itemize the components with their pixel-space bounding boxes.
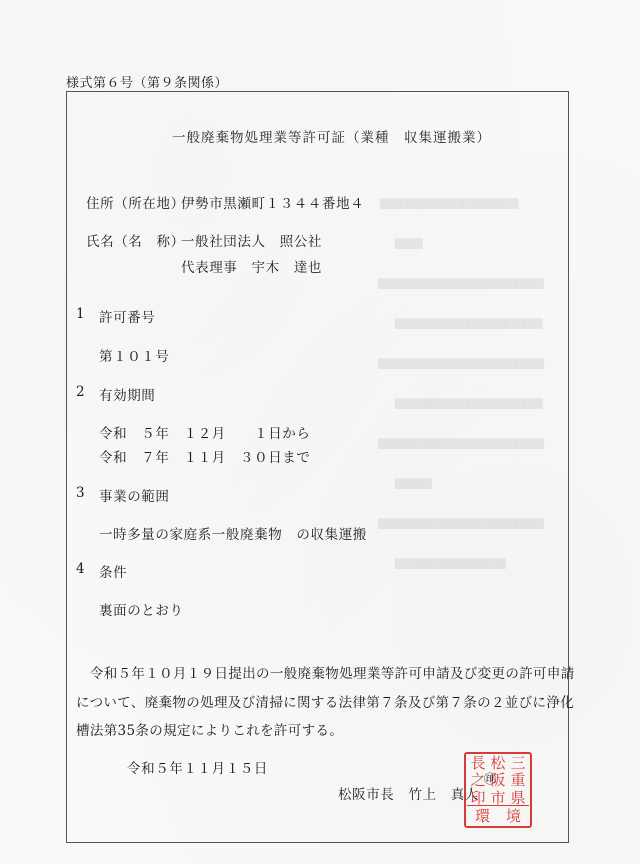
body-line-1: 令和５年１０月１９日提出の一般廃棄物処理業等許可申請及び変更の許可申請 [76, 662, 575, 682]
issuer-name: 松阪市長 竹上 真人 [338, 783, 479, 803]
permit-number: 第１０１号 [99, 345, 170, 365]
seal-char: 環 [475, 805, 490, 826]
name-value: 一般社団法人 照公社 [181, 230, 322, 250]
address-value: 伊勢市黒瀬町１３４４番地４ [181, 192, 364, 212]
seal-mark-icon: ㊞ [484, 770, 496, 787]
conditions: 裏面のとおり [99, 599, 184, 619]
validity-start: 令和 ５年 １２月 １日から [99, 422, 311, 442]
representative: 代表理事 宇木 達也 [181, 256, 322, 276]
address-label: 住所（所在地） [86, 192, 185, 212]
section-4-heading: 条件 [99, 561, 127, 581]
seal-char: 重 [508, 772, 528, 789]
section-2-heading: 有効期間 [99, 384, 155, 404]
section-1-heading: 許可番号 [99, 306, 155, 326]
seal-characters: 長 松 三 之 阪 重 印 市 県 [468, 755, 528, 807]
section-4-number: 4 [76, 561, 85, 577]
section-2-number: 2 [76, 384, 85, 400]
seal-bottom-row: 環 境 [467, 805, 529, 824]
section-1-number: 1 [76, 306, 85, 322]
section-3-heading: 事業の範囲 [99, 485, 170, 505]
body-line-2: について、廃棄物の処理及び清掃に関する法律第７条及び第７条の２並びに浄化 [76, 691, 574, 711]
form-number: 様式第６号（第９条関係） [66, 72, 228, 91]
seal-char: 三 [508, 755, 528, 772]
seal-char: 境 [506, 805, 521, 826]
official-seal: 長 松 三 之 阪 重 印 市 県 環 境 [464, 752, 532, 828]
issue-date: 令和５年１１月１５日 [127, 757, 268, 777]
business-scope: 一時多量の家庭系一般廃棄物 の収集運搬 [99, 523, 367, 543]
body-line-3: 槽法第35条の規定によりこれを許可する。 [76, 719, 343, 739]
validity-end: 令和 ７年 １１月 ３０日まで [99, 446, 311, 466]
name-label: 氏名（名 称） [86, 230, 185, 250]
section-3-number: 3 [76, 485, 85, 501]
certificate-title: 一般廃棄物処理業等許可証（業種 収集運搬業） [172, 126, 491, 146]
